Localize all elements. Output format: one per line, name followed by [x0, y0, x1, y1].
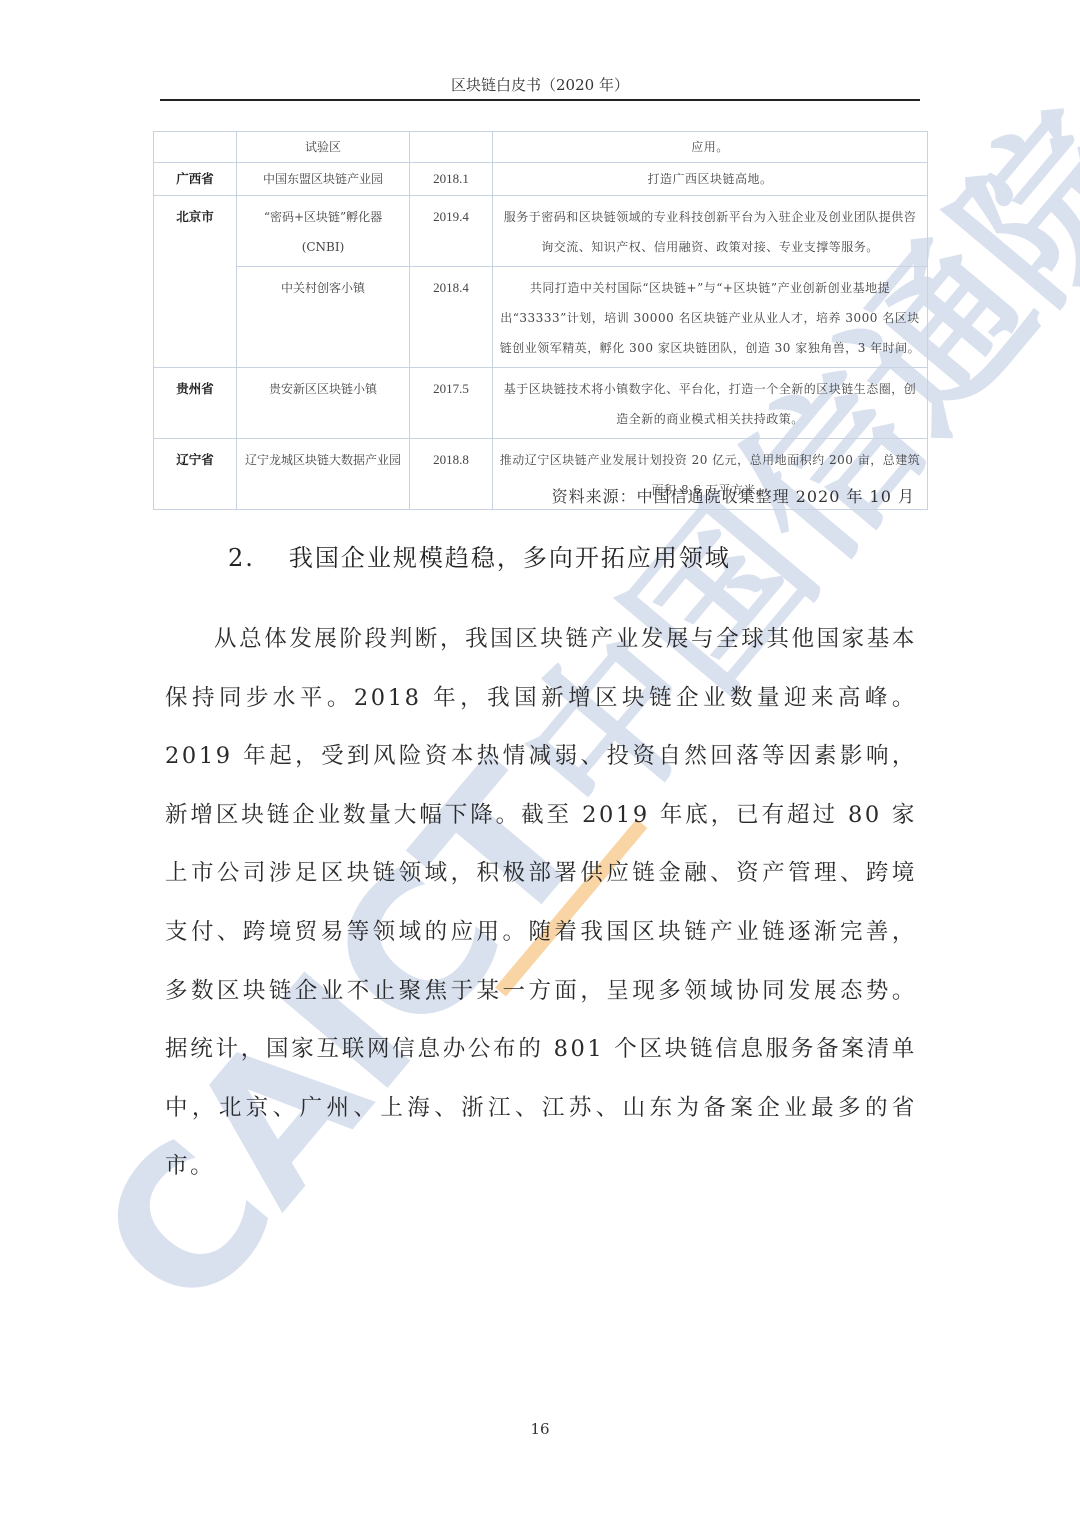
header-rule: [160, 99, 920, 101]
application-cell: 共同打造中关村国际“区块链+”与“+区块链”产业创新创业基地提出“33333”计…: [493, 267, 928, 368]
province-cell: 广西省: [154, 163, 237, 196]
table-row: 广西省 中国东盟区块链产业园 2018.1 打造广西区块链高地。: [154, 163, 928, 196]
running-header: 区块链白皮书（2020 年）: [160, 74, 920, 95]
table-row: 北京市 “密码+区块链”孵化器 (CNBI) 2019.4 服务于密码和区块链领…: [154, 196, 928, 267]
zone-cell: 辽宁龙城区块链大数据产业园: [237, 439, 410, 510]
table-header-row: 试验区 应用。: [154, 132, 928, 163]
header-cell-date: [410, 132, 493, 163]
date-cell: 2018.8: [410, 439, 493, 510]
province-cell: 北京市: [154, 196, 237, 368]
table-row: 中关村创客小镇 2018.4 共同打造中关村国际“区块链+”与“+区块链”产业创…: [154, 267, 928, 368]
table-row: 贵州省 贵安新区区块链小镇 2017.5 基于区块链技术将小镇数字化、平台化，打…: [154, 368, 928, 439]
pilot-zone-table: 试验区 应用。 广西省 中国东盟区块链产业园 2018.1 打造广西区块链高地。…: [153, 131, 928, 510]
header-cell-province: [154, 132, 237, 163]
date-cell: 2019.4: [410, 196, 493, 267]
province-cell: 辽宁省: [154, 439, 237, 510]
date-cell: 2018.1: [410, 163, 493, 196]
application-cell: 基于区块链技术将小镇数字化、平台化，打造一个全新的区块链生态圈，创造全新的商业模…: [493, 368, 928, 439]
province-cell: 贵州省: [154, 368, 237, 439]
page-number: 16: [0, 1420, 1080, 1438]
body-paragraph: 从总体发展阶段判断，我国区块链产业发展与全球其他国家基本保持同步水平。2018 …: [165, 610, 917, 1196]
section-title-text: 我国企业规模趋稳，多向开拓应用领域: [289, 544, 731, 572]
date-cell: 2017.5: [410, 368, 493, 439]
application-cell: 打造广西区块链高地。: [493, 163, 928, 196]
section-heading: 2.我国企业规模趋稳，多向开拓应用领域: [228, 538, 731, 573]
zone-cell: 中关村创客小镇: [237, 267, 410, 368]
header-cell-application: 应用。: [493, 132, 928, 163]
zone-cell: 贵安新区区块链小镇: [237, 368, 410, 439]
zone-cell: “密码+区块链”孵化器 (CNBI): [237, 196, 410, 267]
source-note: 资料来源：中国信通院收集整理 2020 年 10 月: [552, 484, 915, 507]
date-cell: 2018.4: [410, 267, 493, 368]
zone-cell: 中国东盟区块链产业园: [237, 163, 410, 196]
header-cell-zone: 试验区: [237, 132, 410, 163]
section-number: 2.: [228, 544, 255, 572]
application-cell: 服务于密码和区块链领域的专业科技创新平台为入驻企业及创业团队提供咨询交流、知识产…: [493, 196, 928, 267]
